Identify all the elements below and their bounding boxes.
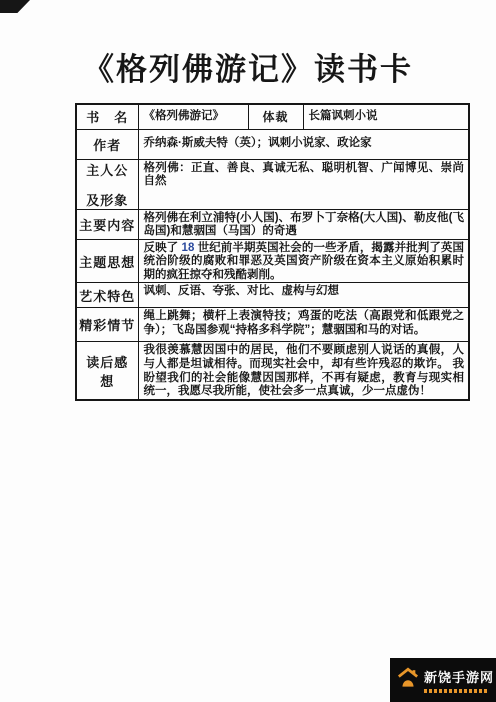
theme-label: 主题思想 xyxy=(76,239,138,283)
watermark-site-name: 新饶手游网 xyxy=(424,667,494,686)
page-title: 《格列佛游记》读书卡 xyxy=(0,44,496,89)
reading-card-table: 书 名 《格列佛游记》 体裁 长篇讽刺小说 作者 乔纳森·斯威夫特（英）；讽刺小… xyxy=(75,103,470,401)
table-row: 艺术特色 讽刺、反语、夸张、对比、虚构与幻想 xyxy=(76,283,469,308)
protagonist-label-line1: 主人公 xyxy=(77,160,138,179)
site-watermark-badge: 新饶手游网 xyxy=(390,658,496,702)
main-content-label: 主要内容 xyxy=(76,209,138,239)
reading-card-page: 《格列佛游记》读书卡 书 名 《格列佛游记》 体裁 长篇讽刺小说 作者 乔纳森·… xyxy=(0,0,496,702)
protagonist-label-line2: 及形象 xyxy=(77,190,138,209)
table-row: 书 名 《格列佛游记》 体裁 长篇讽刺小说 xyxy=(76,104,469,129)
table-row: 作者 乔纳森·斯威夫特（英）；讽刺小说家、政论家 xyxy=(76,129,469,159)
table-row: 读后感 想 我很羡慕慧因国中的居民，他们不要顾虑别人说话的真假，人与人都是坦诚相… xyxy=(76,342,469,400)
reflection-label: 读后感 想 xyxy=(76,342,138,400)
genre-label: 体裁 xyxy=(248,104,303,129)
table-row: 主题思想 反映了 18 世纪前半期英国社会的一些矛盾，揭露并批判了英国统治阶级的… xyxy=(76,239,469,283)
table-row: 主人公 及形象 格列佛：正直、善良、真诚无私、聪明机智、广闻博见、崇尚自然 xyxy=(76,159,469,209)
highlights-value: 绳上跳舞；横杆上表演特技；鸡蛋的吃法（高跟党和低跟党之争）；飞岛国参观“持格多科… xyxy=(138,308,469,342)
theme-value: 反映了 18 世纪前半期英国社会的一些矛盾，揭露并批判了英国统治阶级的腐败和罪恶… xyxy=(138,239,469,283)
theme-value-century-number: 18 xyxy=(182,242,195,254)
highlights-label: 精彩情节 xyxy=(76,308,138,342)
art-features-label: 艺术特色 xyxy=(76,283,138,308)
table-row: 主要内容 格列佛在利立浦特(小人国)、布罗卜丁奈格(大人国)、勒皮他(飞岛国)和… xyxy=(76,209,469,239)
protagonist-label-stack: 主人公 及形象 xyxy=(77,160,138,209)
reflection-value: 我很羡慕慧因国中的居民，他们不要顾虑别人说话的真假，人与人都是坦诚相待。而现实社… xyxy=(138,342,469,400)
protagonist-label: 主人公 及形象 xyxy=(76,159,138,209)
watermark-text-block: 新饶手游网 xyxy=(424,667,494,693)
watermark-url-strip xyxy=(424,689,488,693)
house-icon xyxy=(397,667,419,693)
page-corner-mark xyxy=(0,0,30,13)
author-value: 乔纳森·斯威夫特（英）；讽刺小说家、政论家 xyxy=(138,129,469,159)
protagonist-value: 格列佛：正直、善良、真诚无私、聪明机智、广闻博见、崇尚自然 xyxy=(138,159,469,209)
author-label: 作者 xyxy=(76,129,138,159)
book-name-label: 书 名 xyxy=(76,104,138,129)
genre-value: 长篇讽刺小说 xyxy=(303,104,469,129)
main-content-value: 格列佛在利立浦特(小人国)、布罗卜丁奈格(大人国)、勒皮他(飞岛国)和慧骃国（马… xyxy=(138,209,469,239)
book-name-value: 《格列佛游记》 xyxy=(138,104,248,129)
art-features-value: 讽刺、反语、夸张、对比、虚构与幻想 xyxy=(138,283,469,308)
theme-value-prefix: 反映了 xyxy=(144,242,182,254)
table-row: 精彩情节 绳上跳舞；横杆上表演特技；鸡蛋的吃法（高跟党和低跟党之争）；飞岛国参观… xyxy=(76,308,469,342)
